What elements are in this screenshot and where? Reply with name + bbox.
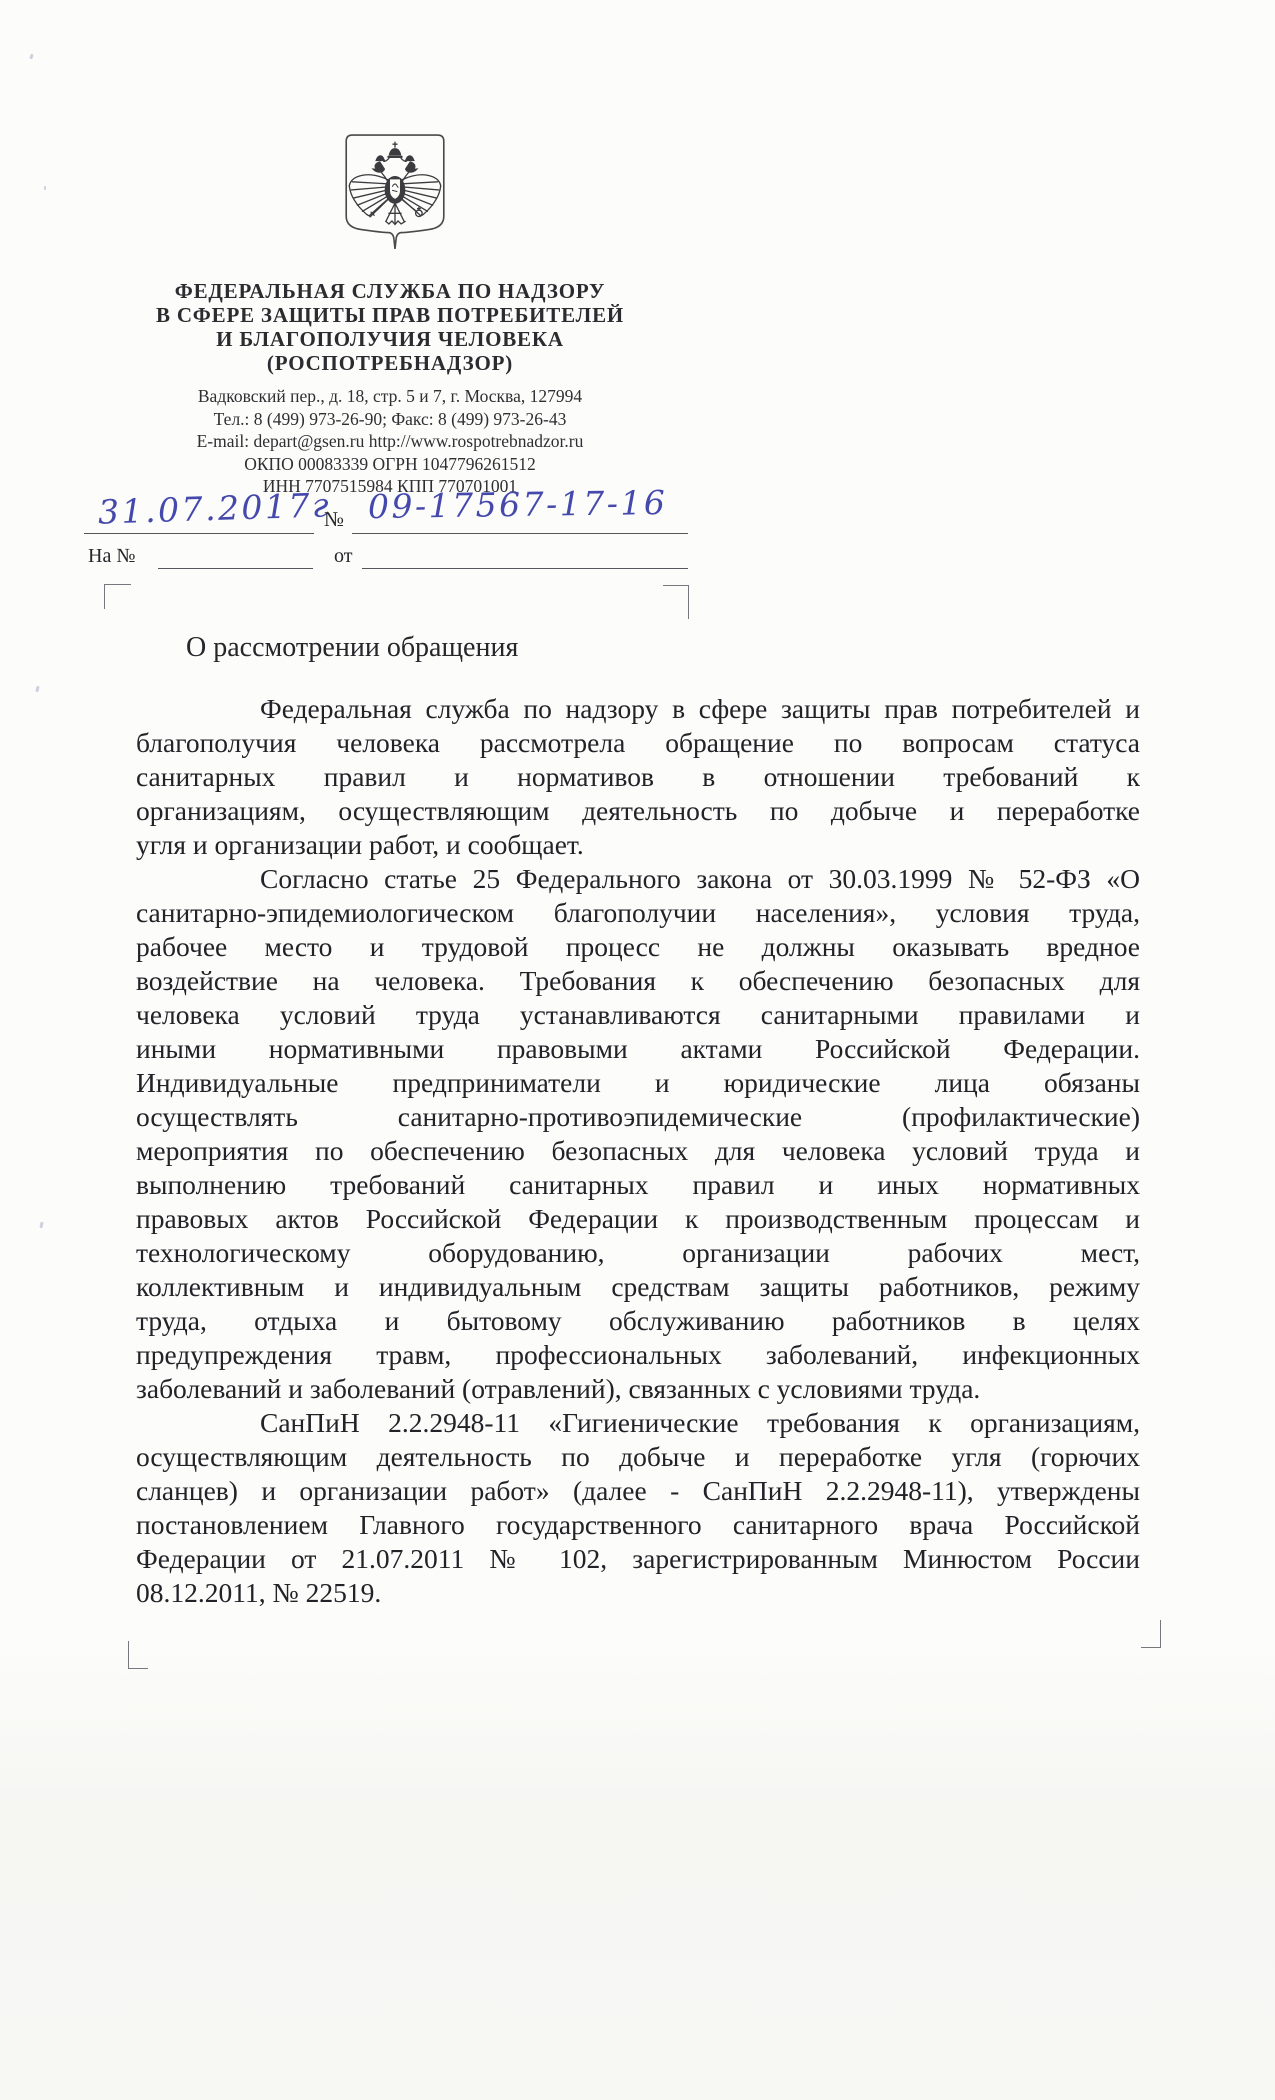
body-text-line: человека условий труда устанавливаются с… <box>136 998 1140 1032</box>
body-text-line: осуществлять санитарно-противоэпидемичес… <box>136 1100 1140 1134</box>
scan-speck <box>44 186 46 190</box>
letterhead-requisites-line: Вадковский пер., д. 18, стр. 5 и 7, г. М… <box>90 385 690 408</box>
text-area-corner-bottom-right <box>1141 1620 1161 1648</box>
body-text-line: технологическому оборудованию, организац… <box>136 1236 1140 1270</box>
handwritten-outgoing-date: 31.07.2017г <box>97 485 331 531</box>
body-text-line: осуществляющим деятельность по добыче и … <box>136 1440 1140 1474</box>
body-text-line: заболеваний и заболеваний (отравлений), … <box>136 1372 1140 1406</box>
body-text-line: угля и организации работ, и сообщает. <box>136 828 1140 862</box>
russian-coat-of-arms-emblem <box>341 133 449 257</box>
letterhead-requisites: Вадковский пер., д. 18, стр. 5 и 7, г. М… <box>90 385 690 498</box>
letterhead-org-line: (РОСПОТРЕБНАДЗОР) <box>90 351 690 375</box>
letterhead-requisites-line: E-mail: depart@gsen.ru http://www.rospot… <box>90 430 690 453</box>
body-text-line: выполнению требований санитарных правил … <box>136 1168 1140 1202</box>
body-text-line: рабочее место и трудовой процесс не долж… <box>136 930 1140 964</box>
body-text-line: организациям, осуществляющим деятельност… <box>136 794 1140 828</box>
text-area-corner-bottom-left <box>128 1641 148 1669</box>
body-text-line: труда, отдыха и бытовому обслуживанию ра… <box>136 1304 1140 1338</box>
body-text-line: санитарных правил и нормативов в отношен… <box>136 760 1140 794</box>
body-text-line: постановлением Главного государственного… <box>136 1508 1140 1542</box>
letterhead-requisites-line: Тел.: 8 (499) 973-26-90; Факс: 8 (499) 9… <box>90 408 690 431</box>
body-text-line: предупреждения травм, профессиональных з… <box>136 1338 1140 1372</box>
letterhead-org-line: В СФЕРЕ ЗАЩИТЫ ПРАВ ПОТРЕБИТЕЛЕЙ <box>90 303 690 327</box>
letterhead-org-line: ФЕДЕРАЛЬНАЯ СЛУЖБА ПО НАДЗОРУ <box>90 279 690 303</box>
number-underline <box>352 533 688 534</box>
body-text-line: Федерации от 21.07.2011 № 102, зарегистр… <box>136 1542 1140 1576</box>
body-text-line: Федеральная служба по надзору в сфере за… <box>136 692 1140 726</box>
letterhead-org-name: ФЕДЕРАЛЬНАЯ СЛУЖБА ПО НАДЗОРУВ СФЕРЕ ЗАЩ… <box>90 279 690 375</box>
addressee-corner-top-right <box>663 585 689 619</box>
letter-body: Федеральная служба по надзору в сфере за… <box>136 692 1140 1610</box>
body-text-line: СанПиН 2.2.2948-11 «Гигиенические требов… <box>136 1406 1140 1440</box>
body-text-line: мероприятия по обеспечению безопасных дл… <box>136 1134 1140 1168</box>
body-text-line: правовых актов Российской Федерации к пр… <box>136 1202 1140 1236</box>
body-text-line: 08.12.2011, № 22519. <box>136 1576 1140 1610</box>
scanned-letter-page: ФЕДЕРАЛЬНАЯ СЛУЖБА ПО НАДЗОРУВ СФЕРЕ ЗАЩ… <box>0 0 1275 2100</box>
body-text-line: воздействие на человека. Требования к об… <box>136 964 1140 998</box>
body-text-line: санитарно-эпидемиологическом благополучи… <box>136 896 1140 930</box>
body-text-line: коллективным и индивидуальным средствам … <box>136 1270 1140 1304</box>
handwritten-outgoing-number: 09-17567-17-16 <box>368 483 668 526</box>
reply-from-label: от <box>334 545 352 568</box>
date-underline <box>84 533 314 534</box>
reply-from-underline <box>362 568 688 569</box>
letterhead-requisites-line: ОКПО 00083339 ОГРН 1047796261512 <box>90 453 690 476</box>
addressee-corner-top-left <box>104 584 131 609</box>
body-text-line: сланцев) и организации работ» (далее - С… <box>136 1474 1140 1508</box>
letterhead-org-line: И БЛАГОПОЛУЧИЯ ЧЕЛОВЕКА <box>90 327 690 351</box>
body-text-line: Согласно статье 25 Федерального закона о… <box>136 862 1140 896</box>
reply-number-underline <box>158 568 313 569</box>
body-text-line: благополучия человека рассмотрела обраще… <box>136 726 1140 760</box>
scan-speck <box>35 686 39 693</box>
body-text-line: иными нормативными правовыми актами Росс… <box>136 1032 1140 1066</box>
reply-to-number-label: На № <box>88 545 135 568</box>
scan-speck <box>29 54 33 60</box>
number-sign-label: № <box>324 507 344 532</box>
letter-subject: О рассмотрении обращения <box>186 632 518 664</box>
body-text-line: Индивидуальные предприниматели и юридиче… <box>136 1066 1140 1100</box>
scan-speck <box>39 1222 43 1228</box>
